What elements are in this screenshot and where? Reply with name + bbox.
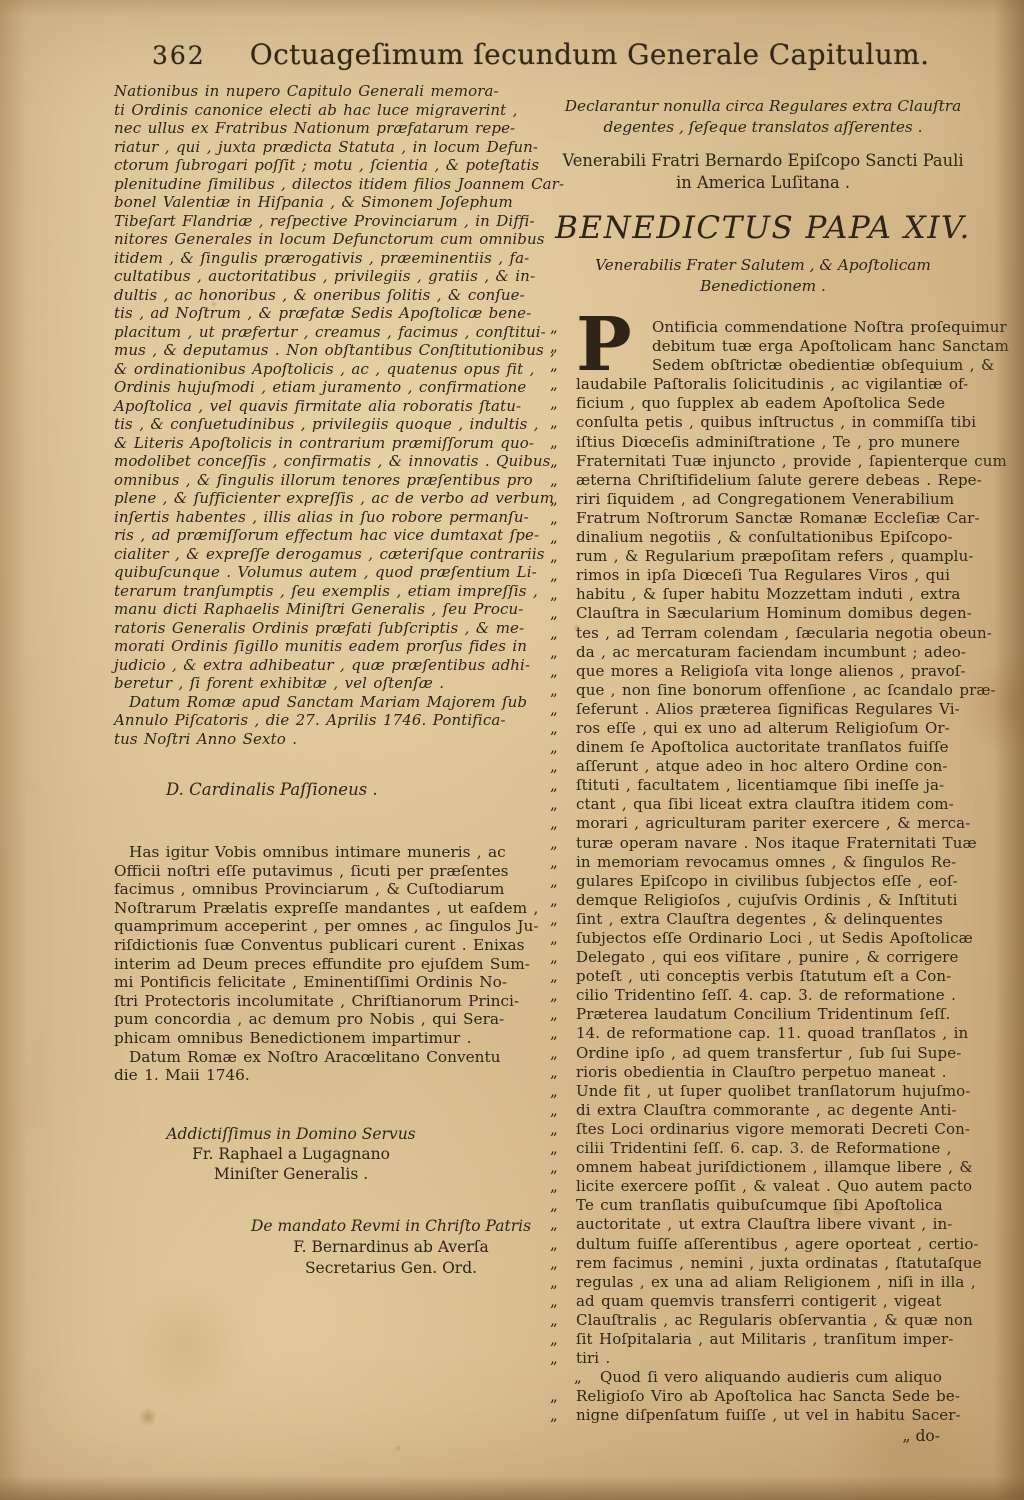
text-line: „Ordine ipſo , ad quem transfertur , ſub… — [548, 1044, 978, 1063]
text-line: morati Ordinis ſigillo munitis eadem pro… — [114, 637, 544, 656]
quote-mark: „ — [550, 1215, 557, 1234]
text-line: „demque Religioſos , cujuſvis Ordinis , … — [548, 891, 978, 910]
text-line: „ficium , quo ſupplex ab eadem Apoſtolic… — [548, 394, 978, 413]
text-line: & ordinationibus Apoſtolicis , ac , quat… — [114, 360, 544, 379]
minister-circular-text: Has igitur Vobis omnibus intimare muneri… — [114, 843, 544, 1085]
addressee: Venerabili Fratri Bernardo Epiſcopo Sanc… — [548, 150, 978, 193]
cardinal-signature: D. Cardinalis Paſſioneus . — [114, 781, 544, 799]
text-line: quibuſcunque . Volumus autem , quod præſ… — [114, 563, 544, 582]
text-line: Tibeſart Flandriæ , reſpective Provincia… — [114, 212, 544, 231]
text-line: nitores Generales in locum Defunctorum c… — [114, 230, 544, 249]
page-header: 362 Octuageſimum ſecundum Generale Capit… — [152, 38, 929, 71]
quote-mark: „ — [550, 1158, 557, 1177]
quote-mark: „ — [550, 585, 557, 604]
text-line: nec ullus ex Fratribus Nationum præfatar… — [114, 119, 544, 138]
text-line: „omnem habeat juriſdictionem , illamque … — [548, 1158, 978, 1177]
text-line: terarum tranſumptis , ſeu exemplis , eti… — [114, 582, 544, 601]
text-line: pum concordia , ac demum pro Nobis , qui… — [114, 1010, 544, 1029]
quote-mark: „ — [550, 967, 557, 986]
quote-mark: „ — [550, 719, 557, 738]
text-line: „cilii Tridentini ſeſſ. 6. cap. 3. de Re… — [548, 1139, 978, 1158]
text-line: „iſtius Diœceſis adminiſtratione , Te , … — [548, 433, 978, 452]
text-line: „ſit Hoſpitalaria , aut Militaris , tran… — [548, 1330, 978, 1349]
text-line: Apoſtolica , vel quavis firmitate alia r… — [114, 397, 544, 416]
text-line: Benedictionem . — [548, 276, 978, 297]
text-line: cultatibus , auctoritatibus , privilegii… — [114, 267, 544, 286]
text-line: „Clauſtra in Sæcularium Hominum domibus … — [548, 604, 978, 623]
quote-mark: „ — [550, 490, 557, 509]
quote-mark: „ — [550, 528, 557, 547]
quote-mark: „ — [550, 1139, 557, 1158]
quote-mark: „ — [550, 1292, 557, 1311]
text-line: „dinem ſe Apoſtolica auctoritate tranſla… — [548, 738, 978, 757]
running-title: Octuageſimum ſecundum Generale Capitulum… — [250, 38, 930, 71]
text-line: plene , & ſufficienter expreſſis , ac de… — [114, 489, 544, 508]
quote-mark: „ — [574, 1368, 581, 1387]
text-line: „Te cum tranſlatis quibuſcumque ſibi Apo… — [548, 1196, 978, 1215]
text-line: tus Noſtri Anno Sexto . — [114, 730, 544, 749]
letter-body: P „Ontificia commendatione Noſtra proſeq… — [548, 318, 978, 1425]
text-line: „nigne diſpenſatum fuiſſe , ut vel in ha… — [548, 1406, 978, 1425]
quote-mark: „ — [550, 509, 557, 528]
text-line: interim ad Deum preces effundite pro eju… — [114, 955, 544, 974]
book-page-scan: 362 Octuageſimum ſecundum Generale Capit… — [0, 0, 1024, 1500]
secretary-signature: De mandato Revmi in Chriſto PatrisF. Ber… — [176, 1216, 606, 1279]
text-line: „debitum tuæ erga Apoſtolicam hanc Sanct… — [548, 337, 978, 356]
quote-mark: „ — [550, 738, 557, 757]
quote-mark: „ — [550, 547, 557, 566]
quote-mark: „ — [550, 662, 557, 681]
text-line: „poteſt , uti conceptis verbis ſtatutum … — [548, 967, 978, 986]
document-summary: Declarantur nonulla circa Regulares extr… — [548, 96, 978, 137]
quote-mark: „ — [550, 1254, 557, 1273]
text-line: Venerabilis Frater Salutem , & Apoſtolic… — [548, 255, 978, 276]
text-line: „cilio Tridentino ſeſſ. 4. cap. 3. de re… — [548, 986, 978, 1005]
quote-mark: „ — [550, 853, 557, 872]
text-line: „Religioſo Viro ab Apoſtolica hac Sancta… — [548, 1387, 978, 1406]
text-line: „ſtituti , facultatem , licentiamque ſib… — [548, 776, 978, 795]
text-line: ſtri Protectoris incolumitate , Chriſtia… — [114, 992, 544, 1011]
text-line: „da , ac mercaturam faciendam incumbunt … — [548, 643, 978, 662]
quote-mark: „ — [550, 318, 557, 337]
text-line: „ſubjectos eſſe Ordinario Loci , ut Sedi… — [548, 929, 978, 948]
text-line: „licite exercere poſſit , & valeat . Quo… — [548, 1177, 978, 1196]
quote-mark: „ — [550, 814, 557, 833]
text-line: F. Bernardinus ab Averſa — [176, 1237, 606, 1258]
text-line: „morari , agriculturam pariter exercere … — [548, 814, 978, 833]
text-line: Fr. Raphael a Lugagnano — [76, 1144, 506, 1164]
text-line: „que , non ſine bonorum offenſione , ac … — [548, 681, 978, 700]
text-line: „Clauſtralis , ac Regularis obſervantia … — [548, 1311, 978, 1330]
text-line: judicio , & extra adhibeatur , quæ præſe… — [114, 656, 544, 675]
quote-mark: „ — [550, 394, 557, 413]
text-line: „ad quam quemvis transferri contigerit ,… — [548, 1292, 978, 1311]
text-line: „Unde fit , ut ſuper quolibet tranſlator… — [548, 1082, 978, 1101]
text-line: „tes , ad Terram colendam , ſæcularia ne… — [548, 624, 978, 643]
text-line: „conſulta petis , quibus inſtructus , in… — [548, 413, 978, 432]
quote-mark: „ — [550, 1406, 557, 1425]
text-line: placitum , ut præfertur , creamus , faci… — [114, 323, 544, 342]
quote-mark: „ — [550, 910, 557, 929]
text-line: „ſint , extra Clauſtra degentes , & deli… — [548, 910, 978, 929]
quote-mark: „ — [550, 604, 557, 623]
text-line: cialiter , & expreſſe derogamus , cæteri… — [114, 545, 544, 564]
text-line: „Ontificia commendatione Noſtra proſequi… — [548, 318, 978, 337]
minister-general-signature: Addictiſſimus in Domino ServusFr. Raphae… — [76, 1124, 506, 1184]
text-line: Secretarius Gen. Ord. — [176, 1258, 606, 1279]
text-line: & Literis Apoſtolicis in contrarium præm… — [114, 434, 544, 453]
text-line: mi Pontificis felicitate , Eminentiſſimi… — [114, 973, 544, 992]
document-title: BENEDICTUS PAPA XIV. — [548, 207, 978, 249]
text-line: Officii noſtri eſſe putavimus , ſicuti p… — [114, 862, 544, 881]
quote-mark: „ — [550, 1177, 557, 1196]
text-line: „riri ſiquidem , ad Congregationem Vener… — [548, 490, 978, 509]
text-line: degentes , ſeſeque translatos aſſerentes… — [548, 117, 978, 138]
text-line: Datum Romæ ex Noſtro Aracœlitano Convent… — [114, 1048, 544, 1067]
text-line: in America Luſitana . — [548, 172, 978, 194]
text-line: itidem , & ſingulis prærogativis , præem… — [114, 249, 544, 268]
text-line: „dinalium negotiis , & conſultationibus … — [548, 528, 978, 547]
text-line: quamprimum acceperint , per omnes , ac ſ… — [114, 917, 544, 936]
text-line: facimus , omnibus Provinciarum , & Cuſto… — [114, 880, 544, 899]
quote-mark: „ — [550, 1311, 557, 1330]
text-line: „Quod ſi vero aliquando audieris cum ali… — [548, 1368, 978, 1387]
text-line: „auctoritate , ut extra Clauſtra libere … — [548, 1215, 978, 1234]
text-line: „rum , & Regularium præpoſitam refers , … — [548, 547, 978, 566]
quote-mark: „ — [550, 1101, 557, 1120]
text-line: „turæ operam navare . Nos itaque Fratern… — [548, 834, 978, 853]
left-column: Nationibus in nupero Capitulo Generali m… — [114, 82, 544, 1279]
text-line: plenitudine ſimilibus , dilectos itidem … — [114, 175, 544, 194]
quote-mark: „ — [550, 337, 557, 356]
quote-mark: „ — [550, 356, 557, 375]
quote-mark: „ — [550, 681, 557, 700]
text-line: „æterna Chriſtifidelium ſalute gerere de… — [548, 471, 978, 490]
text-line: „14. de reformatione cap. 11. quoad tran… — [548, 1024, 978, 1043]
text-line: „Delegato , qui eos viſitare , punire , … — [548, 948, 978, 967]
text-line: De mandato Revmi in Chriſto Patris — [176, 1216, 606, 1237]
text-line: Annulo Piſcatoris , die 27. Aprilis 1746… — [114, 711, 544, 730]
text-line: „ctant , qua ſibi liceat extra clauſtra … — [548, 795, 978, 814]
text-line: „ros eſſe , qui ex uno ad alterum Religi… — [548, 719, 978, 738]
quote-mark: „ — [550, 834, 557, 853]
text-line: ti Ordinis canonice electi ab hac luce m… — [114, 101, 544, 120]
text-line: bonel Valentiæ in Hiſpania , & Simonem J… — [114, 193, 544, 212]
text-line: Ordinis hujuſmodi , etiam juramento , co… — [114, 378, 544, 397]
quote-mark: „ — [550, 1044, 557, 1063]
quote-mark: „ — [550, 1387, 557, 1406]
quote-mark: „ — [550, 1196, 557, 1215]
text-line: „regulas , ex una ad aliam Religionem , … — [548, 1273, 978, 1292]
text-line: Addictiſſimus in Domino Servus — [76, 1124, 506, 1144]
page-number: 362 — [152, 41, 206, 70]
text-line: „rimos in ipſa Diœceſi Tua Regulares Vir… — [548, 566, 978, 585]
right-column: Declarantur nonulla circa Regulares extr… — [548, 96, 978, 1445]
text-line: manu dicti Raphaelis Miniſtri Generalis … — [114, 600, 544, 619]
quote-mark: „ — [550, 1082, 557, 1101]
catchword: „ do- — [548, 1427, 978, 1445]
text-line: „aſſerunt , atque adeo in hoc altero Ord… — [548, 757, 978, 776]
text-line: Miniſter Generalis . — [76, 1164, 506, 1184]
quote-mark: „ — [550, 566, 557, 585]
quote-mark: „ — [550, 1330, 557, 1349]
text-line: „ſtes Loci ordinarius vigore memorati De… — [548, 1120, 978, 1139]
text-line: tis , ad Noſtrum , & præfatæ Sedis Apoſt… — [114, 304, 544, 323]
text-line: modolibet conceſſis , confirmatis , & in… — [114, 452, 544, 471]
quote-mark: „ — [550, 452, 557, 471]
quote-mark: „ — [550, 986, 557, 1005]
text-line: „Sedem obſtrictæ obedientiæ obſequium , … — [548, 356, 978, 375]
text-line: „habitu , & ſuper habitu Mozzettam indut… — [548, 585, 978, 604]
text-line: phicam omnibus Benedictionem impartimur … — [114, 1029, 544, 1048]
quote-mark: „ — [550, 872, 557, 891]
text-line: „tiri . — [548, 1349, 978, 1368]
papal-brief-text: Nationibus in nupero Capitulo Generali m… — [114, 82, 544, 748]
quote-mark: „ — [550, 1235, 557, 1254]
text-line: Has igitur Vobis omnibus intimare muneri… — [114, 843, 544, 862]
text-line: Declarantur nonulla circa Regulares extr… — [548, 96, 978, 117]
quote-mark: „ — [550, 1349, 557, 1368]
text-line: riatur , qui , juxta prædicta Statuta , … — [114, 138, 544, 157]
text-line: Nationibus in nupero Capitulo Generali m… — [114, 82, 544, 101]
quote-mark: „ — [550, 433, 557, 452]
text-line: „Præterea laudatum Concilium Tridentinum… — [548, 1005, 978, 1024]
quote-mark: „ — [550, 1024, 557, 1043]
quote-mark: „ — [550, 948, 557, 967]
quote-mark: „ — [550, 776, 557, 795]
text-line: „laudabile Paſtoralis ſolicitudinis , ac… — [548, 375, 978, 394]
text-line: tis , & conſuetudinibus , privilegiis qu… — [114, 415, 544, 434]
quote-mark: „ — [550, 643, 557, 662]
text-line: „Fratrum Noſtrorum Sanctæ Romanæ Eccleſi… — [548, 509, 978, 528]
text-line: Venerabili Fratri Bernardo Epiſcopo Sanc… — [548, 150, 978, 172]
quote-mark: „ — [550, 1005, 557, 1024]
text-line: „ſeferunt . Alios præterea ſignificas Re… — [548, 700, 978, 719]
text-line: „gulares Epiſcopo in civilibus ſubjectos… — [548, 872, 978, 891]
salutation: Venerabilis Frater Salutem , & Apoſtolic… — [548, 255, 978, 296]
quote-mark: „ — [550, 757, 557, 776]
quote-mark: „ — [550, 413, 557, 432]
text-line: ratoris Generalis Ordinis præfati ſubſcr… — [114, 619, 544, 638]
text-line: „in memoriam revocamus omnes , & ſingulo… — [548, 853, 978, 872]
text-line: beretur , ſi forent exhibitæ , vel oſten… — [114, 674, 544, 693]
text-line: „dultum fuiſſe aſſerentibus , agere opor… — [548, 1235, 978, 1254]
text-line: Datum Romæ apud Sanctam Mariam Majorem ſ… — [114, 693, 544, 712]
text-line: ris , ad præmiſſorum effectum hac vice d… — [114, 526, 544, 545]
text-line: „rioris obedientia in Clauſtro perpetuo … — [548, 1063, 978, 1082]
text-line: ctorum ſubrogari poſſit ; motu , ſcienti… — [114, 156, 544, 175]
quote-mark: „ — [550, 929, 557, 948]
text-line: dultis , ac honoribus , & oneribus ſolit… — [114, 286, 544, 305]
quote-mark: „ — [550, 700, 557, 719]
quote-mark: „ — [550, 1273, 557, 1292]
quote-mark: „ — [550, 375, 557, 394]
text-line: inſertis habentes , illis alias in ſuo r… — [114, 508, 544, 527]
text-line: mus , & deputamus . Non obſtantibus Conſ… — [114, 341, 544, 360]
quote-mark: „ — [550, 624, 557, 643]
quote-mark: „ — [550, 891, 557, 910]
quote-mark: „ — [550, 1063, 557, 1082]
text-line: omnibus , & ſingulis illorum tenores præ… — [114, 471, 544, 490]
text-line: die 1. Maii 1746. — [114, 1066, 544, 1085]
text-line: Noſtrarum Prælatis expreſſe mandantes , … — [114, 899, 544, 918]
quote-mark: „ — [550, 1120, 557, 1139]
text-line: „rem facimus , nemini , juxta ordinatas … — [548, 1254, 978, 1273]
quote-mark: „ — [550, 795, 557, 814]
quote-mark: „ — [550, 471, 557, 490]
text-line: „di extra Clauſtra commorante , ac degen… — [548, 1101, 978, 1120]
text-line: riſdictionis ſuæ Conventus publicari cur… — [114, 936, 544, 955]
text-line: „Fraternitati Tuæ injuncto , provide , ſ… — [548, 452, 978, 471]
text-line: „que mores a Religioſa vita longe alieno… — [548, 662, 978, 681]
